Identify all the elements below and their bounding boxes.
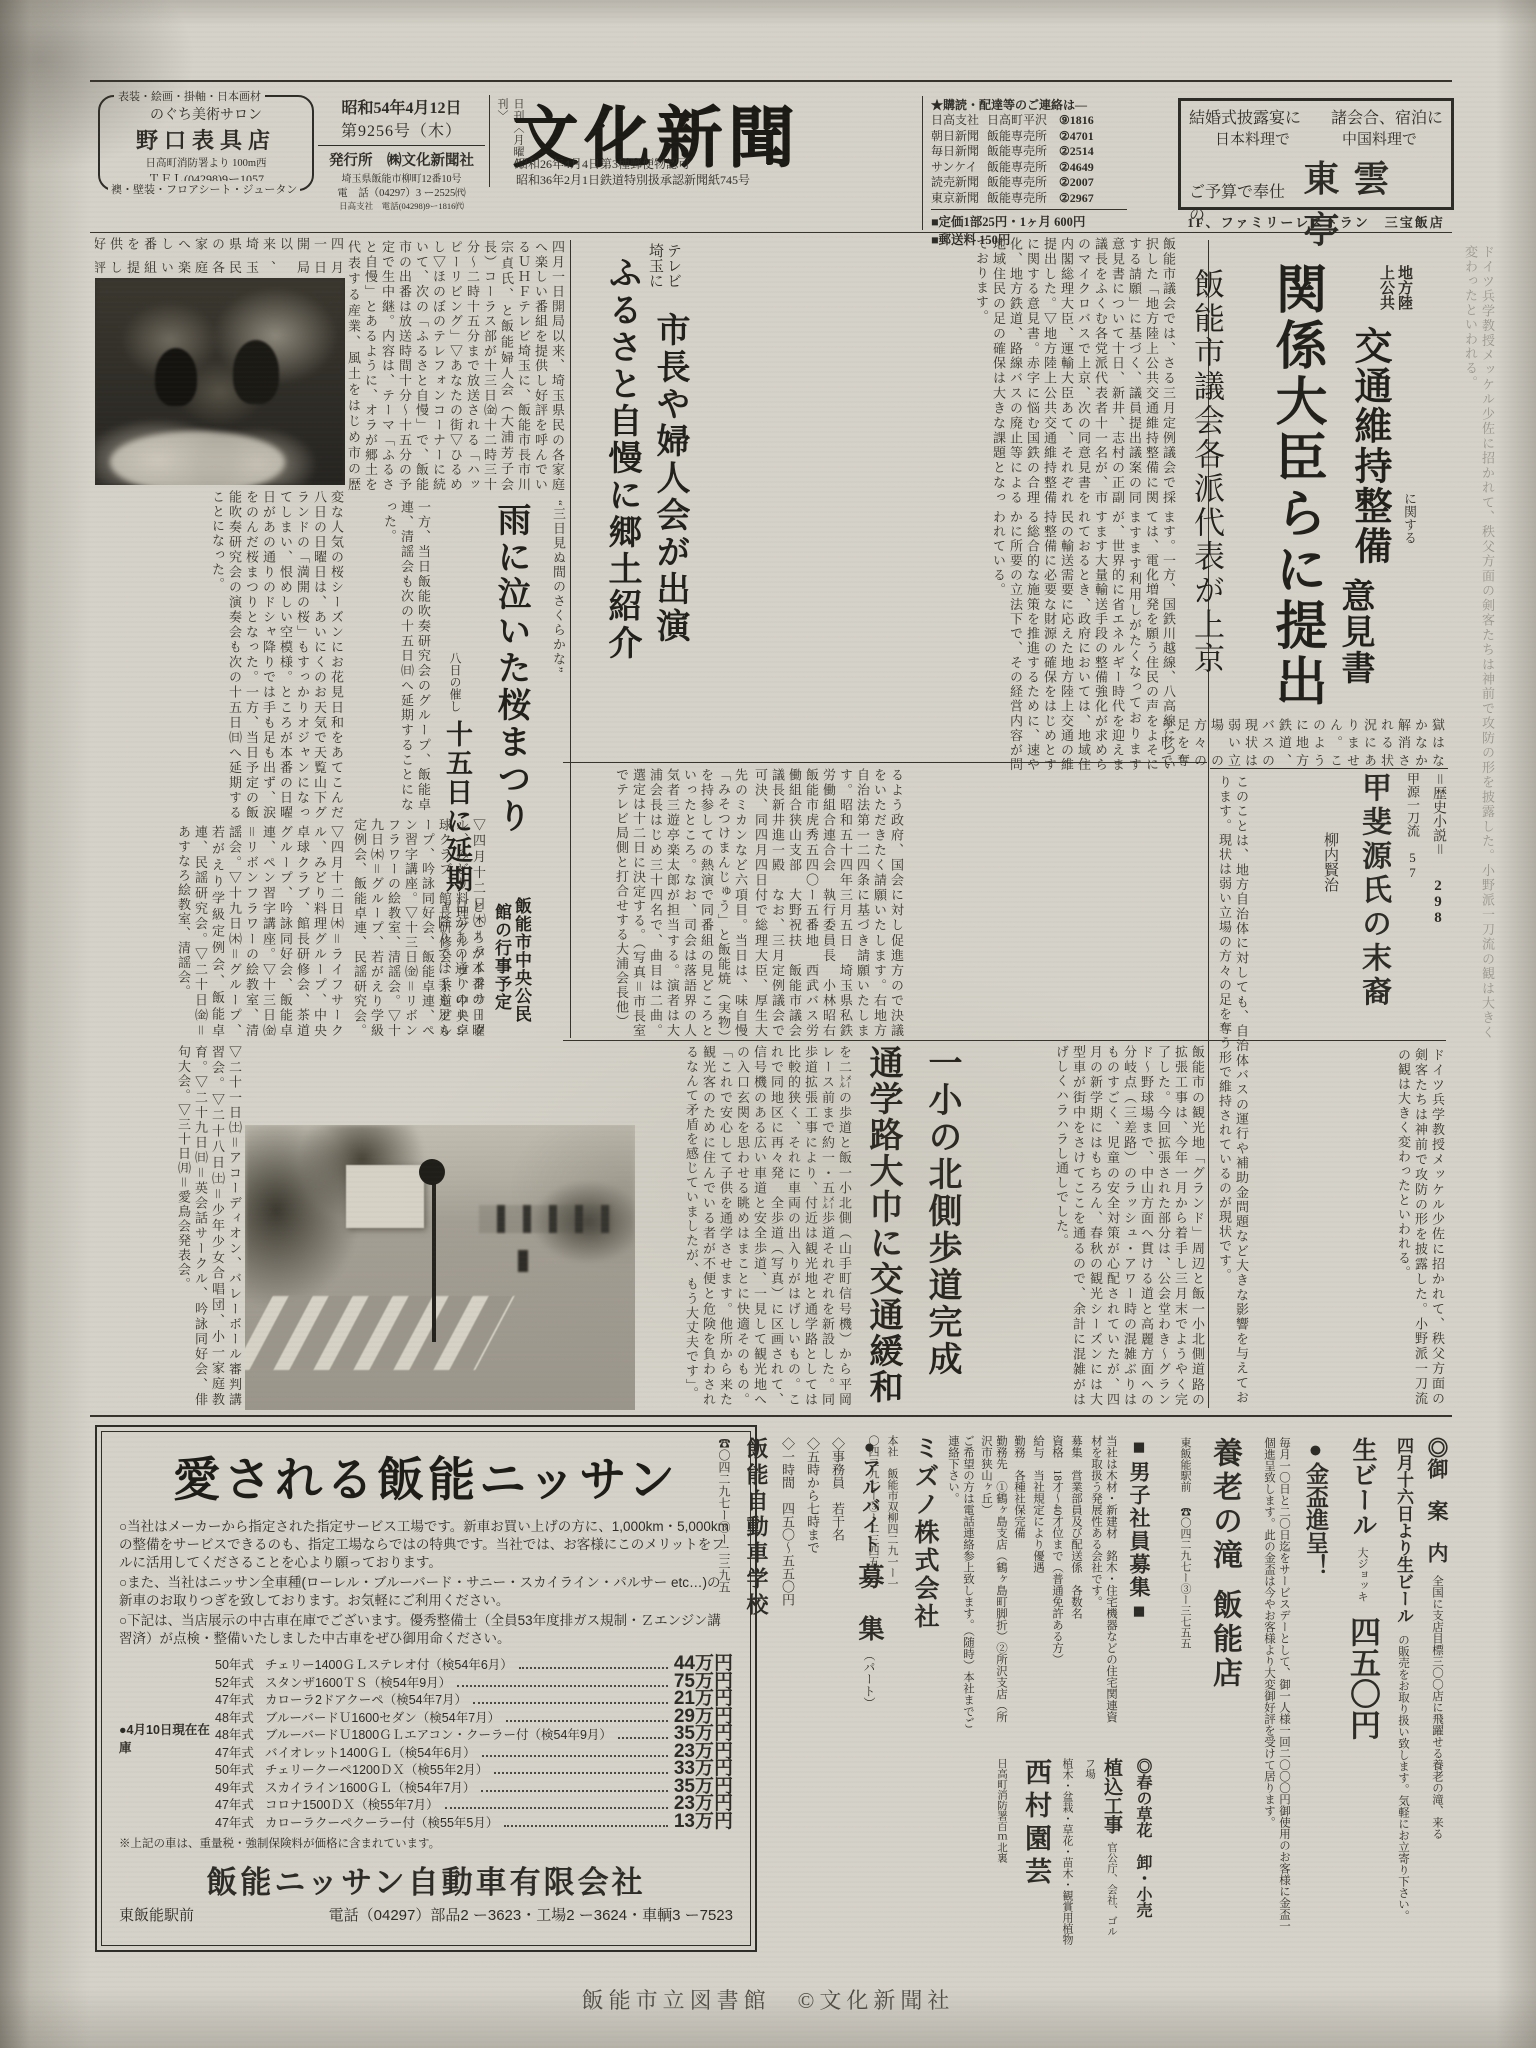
noguchi-ad: 表装・絵画・掛軸・日本画材 のぐち美術サロン 野口表具店 日高町消防署より 10…: [98, 95, 314, 191]
yoro-contact-col: 東飯能駅前 ☎〇四二九七ー③ー三七五五: [1172, 1437, 1194, 1940]
contact-cell: 東京新聞: [931, 191, 987, 207]
nissan-ad: 愛される飯能ニッサン ○当社はメーカーから指定された指定サービス工場です。新車お…: [95, 1425, 757, 1952]
nissan-row-year: 47年式: [215, 1692, 265, 1709]
masthead-left-rule: [489, 95, 490, 187]
mizuno-head: ■男子社員募集■: [1118, 1435, 1154, 1733]
contact-cell: 飯能専売所: [987, 144, 1059, 160]
iken-body-3: るよう政府、国会に対し促進方ので決議をいただきたく請願いたします。右地方自治法第…: [755, 768, 905, 1038]
sakura-kicker: 八日の催し: [447, 652, 464, 718]
iken-kicker-big1: 交通維持整備: [1342, 326, 1397, 576]
tounantei-line1a: 結婚式披露宴に: [1189, 105, 1301, 128]
nissan-row-model: バイオレット1400ＧＬ（検54年6月）: [265, 1745, 476, 1762]
photo-street-crosswalk: [245, 1296, 514, 1370]
publisher: 発行所 ㈱文化新聞社: [318, 149, 485, 170]
iken-kicker-big2: 意見書: [1330, 578, 1379, 696]
noguchi-name: 野口表具店: [100, 124, 312, 155]
nissan-row: 47年式カローラ2ドアクーペ（検54年7月）21万円: [215, 1691, 733, 1709]
mizuno-d6: ご希望の方は電話連絡参上致します。（随時）本社までご連絡下さい。: [942, 1435, 975, 1733]
nissan-row-model: カローラ2ドアクーペ（検54年7月）: [265, 1692, 467, 1709]
photo-figure-2: [233, 340, 279, 404]
nissan-row: 47年式バイオレット1400ＧＬ（検54年6月）23万円: [215, 1744, 733, 1762]
tounantei-line2a: 日本料理で: [1215, 128, 1290, 149]
contact-cell: 日高町平沢: [987, 113, 1059, 129]
tv-kicker-2: 埼玉に: [645, 243, 666, 303]
sakura-headline: 雨に泣いた桜まつり: [486, 502, 535, 880]
yoro-promo-big: 四月十六日より生ビール: [1394, 1437, 1413, 1624]
tounantei-name: 東雲亭: [1303, 151, 1443, 253]
nissan-stock: ●4月10日現在在庫 50年式チェリー1400ＧＬステレオ付（検54年6月）44…: [119, 1656, 733, 1831]
yoro-jug: 大ジョッキ: [1356, 1547, 1368, 1602]
sakura-body-a: 変な人気の桜シーズンにお花見日和をあてこんだ八日の日曜日は、あいにくのお天気で天…: [95, 490, 345, 820]
yoro-guide-head: ◎御 案 内: [1425, 1437, 1449, 1563]
nissan-row-model: スタンザ1600ＴＳ（検54年9月）: [265, 1675, 451, 1692]
nissan-row-model: カローラクーペクーラー付（検55年5月）: [265, 1815, 498, 1832]
contacts-table: 日高支社日高町平沢⑨1816 朝日新聞飯能専売所②4701 毎日新聞飯能専売所②…: [931, 113, 1127, 206]
nissan-row-model: ブルーバードＵ1600セダン（検54年7月）: [265, 1710, 500, 1727]
hodo-headline-2: 通学路大巾に交通緩和: [858, 1045, 907, 1410]
tounantei-line1b: 諸会合、宿泊に: [1331, 105, 1443, 128]
mizuno-d5: 勤務先 ①鶴ヶ島支店（鶴ヶ島町脚折）②所沢支店（所沢市狭山ヶ丘）: [975, 1435, 1008, 1733]
nissan-row-leader: [618, 1737, 668, 1739]
issue-block: 昭和54年4月12日 第9256号（木） 発行所 ㈱文化新聞社 埼玉県飯能市柳町…: [318, 95, 485, 190]
kominkan-body-2: ▽二十一日㈯＝アコーディオン、バレーボール審判講習会。▽二十八日㈯＝少年少女合唱…: [95, 1045, 243, 1407]
mizuno-d3: 給与 当社規定により優遇: [1027, 1435, 1046, 1733]
iken-headline: 関係大臣らに提出: [1258, 262, 1333, 722]
nissan-row: 52年式スタンザ1600ＴＳ（検54年9月）75万円: [215, 1674, 733, 1692]
iken-subhead: 飯能市議会各派代表が上京: [1184, 268, 1229, 708]
photo-mayor-meeting: [95, 278, 345, 485]
sakura-body-b: 一方、当日飯能吹奏研究会のグループ、飯能卓連、清謡会も次の十五日㈰へ延期すること…: [348, 500, 432, 812]
nishimura-name: 西村園芸: [1009, 1758, 1056, 1946]
tv-body-3: 先のミカンなど六項目。当日は、味自慢「みそつけまんじゅう」と飯能焼（実物）を持参…: [563, 768, 749, 1038]
nishimura-addr: 日高町消防署百ｍ北裏: [990, 1758, 1009, 1946]
novel-number: 298: [1430, 878, 1446, 926]
nissan-tel: 電話（04297）部品2 ー3623・工場2 ー3624・車輌3 ー7523: [329, 1904, 733, 1925]
nissan-p1: ○当社はメーカーから指定された指定サービス工場です。新車お買い上げの方に、1,0…: [119, 1518, 733, 1572]
nissan-note: ※上記の車は、重量税・強制保険料が価格に含まれています。: [119, 1835, 733, 1851]
novel-chapter-no: 57: [1405, 850, 1420, 880]
yoro-name-col: 養老の滝 飯能店: [1194, 1437, 1246, 1940]
sakura-lead: “三日見ぬ間のさくらかな”: [533, 500, 567, 878]
yoro-promo-col: 四月十六日より生ビール の販売をお取り扱い致します。気軽にお立寄り下さい。: [1385, 1437, 1416, 1940]
novel-box: ＝歴史小説＝ 298 甲源一刀流 57 甲斐源氏の末裔 柳内賢治: [1252, 772, 1448, 1040]
hodo-body-2: を二㍍の歩道と飯一小北側（山手町信号機）から平岡レース前まで約一・五㍍歩道それぞ…: [642, 1045, 853, 1407]
nissan-row: 47年式カローラクーペクーラー付（検55年5月）13万円: [215, 1814, 733, 1832]
nissan-contact: 東飯能駅前 電話（04297）部品2 ー3623・工場2 ー3624・車輌3 ー…: [119, 1904, 733, 1925]
nissan-row-year: 50年式: [215, 1762, 265, 1779]
tounantei-footer: 1F、ファミリーレストラン 三宝飯店: [1182, 212, 1450, 231]
nissan-title: 愛される飯能ニッサン: [119, 1443, 733, 1510]
novel-title: 甲斐源氏の末裔: [1341, 772, 1395, 1041]
newspaper-page: 表装・絵画・掛軸・日本画材 のぐち美術サロン 野口表具店 日高町消防署より 10…: [0, 0, 1536, 2048]
contacts-price: ■定価1部25円・1ヶ月 600円: [931, 212, 1127, 230]
yoro-name-1: 養老の滝: [1208, 1437, 1241, 1573]
yoro-kinpai-col: ●金盃進呈！: [1291, 1437, 1332, 1940]
yoro-guide-text: 全国に支店目標三〇〇店に飛躍せる養老の滝、来る: [1431, 1575, 1443, 1840]
contact-cell: 飯能専売所: [987, 175, 1059, 191]
mizuno-d2: 資格 18才〜40才位まで（普通免許ある方）: [1046, 1435, 1065, 1733]
nishimura-work: 植込工事: [1101, 1758, 1122, 1834]
novel-chapter: 甲源一刀流: [1405, 772, 1420, 837]
iken-body-2: ます。一方、国鉄川越線、八高線については、電化増発を願う住民の声をよそにますます…: [905, 510, 1177, 772]
nissan-row-model: ブルーバードＵ1800ＧＬエアコン・クーラー付（検54年9月）: [265, 1727, 612, 1744]
nissan-stock-label: ●4月10日現在在庫: [119, 1656, 215, 1831]
tv-headline-2: ふるさと自慢に郷土紹介: [597, 255, 646, 667]
contact-cell: 飯能専売所: [987, 129, 1059, 145]
novel-author: 柳内賢治: [1308, 772, 1341, 1040]
noguchi-tagline: 表装・絵画・掛軸・日本画材: [114, 88, 265, 104]
contact-cell: 日高支社: [931, 113, 987, 129]
nissan-row-model: チェリークーペ1200ＤＸ（検55年2月）: [265, 1762, 488, 1779]
hodo-headline-1: 一小の北側歩道完成: [917, 1045, 966, 1385]
contact-cell: ⑨1816: [1059, 113, 1111, 129]
yoro-kinpai: ●金盃進呈！: [1303, 1437, 1328, 1577]
photo-street-sign: [419, 1159, 445, 1185]
nissan-row-leader: [457, 1685, 668, 1687]
mizuno-name: ミズノ株式会社: [900, 1435, 942, 1733]
photo-street-building: [346, 1165, 424, 1228]
masthead-license2: 昭和36年2月1日鉄道特別扱承認新聞紙745号: [516, 172, 750, 188]
yoro-ad: ◎御 案 内 全国に支店目標三〇〇店に飛躍せる養老の滝、来る 四月十六日より生ビ…: [1166, 1425, 1458, 1952]
nissan-p2: ○また、当社はニッサン全車種(ローレル・ブルーバード・サニー・スカイライン・パル…: [119, 1574, 733, 1610]
nissan-row-year: 49年式: [215, 1780, 265, 1797]
noguchi-address: 日高町消防署より 100m西: [100, 155, 312, 170]
nissan-row-model: コロナ1500ＤＸ（検55年7月）: [265, 1797, 439, 1814]
hodo-body-1: 飯能市の観光地「グランド」周辺と飯一小北側道路の拡張工事は、今年一月から着手し三…: [978, 1045, 1206, 1407]
mizuno-d1: 募集 営業部員及び配送係 各数名: [1065, 1435, 1084, 1733]
footer-credit: 飯能市立図書館 ©文化新聞社: [0, 1984, 1536, 2015]
iken-kicker-s3: に関する: [1400, 492, 1419, 556]
school-item-2: ◇五時から七時まで: [797, 1437, 822, 1940]
novel-label-col: ＝歴史小説＝ 298: [1422, 772, 1448, 1040]
nissan-row: 48年式ブルーバードＵ1800ＧＬエアコン・クーラー付（検54年9月）35万円: [215, 1726, 733, 1744]
tounantei-ad: 結婚式披露宴に 諸会合、宿泊に 日本料理で 中国料理で ご予算で奉仕の 東雲亭: [1178, 98, 1454, 210]
contact-cell: サンケイ: [931, 160, 987, 176]
kominkan-body: ▽四月十二日㈭＝ライフサークル、みどり料理グループ、中央卓球クラブ、館長研修会、…: [95, 825, 345, 1038]
nissan-row-leader: [482, 1755, 668, 1757]
nissan-row-year: 48年式: [215, 1710, 265, 1727]
contact-cell: 飯能専売所: [987, 191, 1059, 207]
iken-kicker-s2: 上公共: [1376, 265, 1397, 321]
nissan-row: 50年式チェリー1400ＧＬステレオ付（検54年6月）44万円: [215, 1656, 733, 1674]
mizuno-intro: 当社は木材・新建材 銘木・住宅機器などの住宅関連資材を取扱う発展性ある会社です。: [1084, 1435, 1118, 1733]
photo-street-pedestrian: [518, 1250, 528, 1272]
yoro-promo-small: の販売をお取り扱い致します。気軽にお立寄り下さい。: [1397, 1634, 1409, 1922]
yoro-kinpai-text: 毎月一〇日と二〇日迄をサービスデーとして、御一人様一回二〇〇〇円御使用のお客様に…: [1246, 1437, 1291, 1940]
contacts-box: ★購読・配達等のご連絡は— 日高支社日高町平沢⑨1816 朝日新聞飯能専売所②4…: [922, 96, 1127, 230]
publisher-branch: 日高支社 電話(04298)9ー1816㈹: [318, 200, 485, 212]
tv-body-strip: 四月一日開局以来、埼玉県民の各家庭へ楽しい番組を提供し好評を呼んでいるＵＨＦテレ…: [95, 237, 345, 275]
nissan-row-year: 47年式: [215, 1815, 265, 1832]
photo-street: [245, 1125, 635, 1410]
nissan-row-year: 48年式: [215, 1727, 265, 1744]
noguchi-footer: 襖・壁装・フロアシート・ジュータン: [108, 181, 300, 197]
tounantei-line1: 結婚式披露宴に 諸会合、宿泊に: [1189, 105, 1443, 128]
nissan-row-leader: [481, 1790, 667, 1792]
novel-chapter-col: 甲源一刀流 57: [1395, 772, 1422, 1040]
novel-label: ＝歴史小説＝: [1431, 772, 1446, 856]
iken-kicker-s1: 地方陸: [1394, 265, 1415, 321]
mizuno-d4: 勤務 各種社保完備: [1008, 1435, 1027, 1733]
iken-tail: このことは、地方自治体に対しても、自治体バスの運行や補助金問題など大きな影響を与…: [1210, 775, 1250, 1405]
school-item-3: ◇一時間 四五〇〜五五〇円: [772, 1437, 797, 1940]
nissan-p3: ○下記は、当店展示の中古車在庫でございます。優秀整備士（全員53年度排ガス規制・…: [119, 1612, 733, 1648]
ads-top-rule: [90, 1415, 1452, 1417]
tv-headline: 市長や婦人会が出演: [645, 312, 694, 652]
nissan-company: 飯能ニッサン自動車有限会社: [119, 1857, 733, 1902]
issue-divider: [318, 145, 485, 146]
contact-cell: 読売新聞: [931, 175, 987, 191]
iken-body-1: 飯能市議会では、さる三月定例議会で採択した「地方陸上公共交通維持整備に関する請願…: [905, 237, 1177, 505]
noguchi-salon: のぐち美術サロン: [100, 104, 312, 124]
photo-street-pole: [432, 1176, 436, 1341]
contact-cell: ②2514: [1059, 144, 1111, 160]
novel-body: ドイツ兵学教授メッケル少佐に招かれて、秩父方面の剣客たちは神前で攻防の形を披露し…: [1252, 1048, 1446, 1406]
novel-top-rule: [1210, 768, 1448, 769]
kominkan-headline-2: 館の行事予定: [489, 903, 514, 1021]
tv-body-main: 四月一日開局以来、埼玉県民の各家庭へ楽しい番組を提供し好評を呼んでいるＵＨＦテレ…: [348, 240, 566, 492]
contact-cell: ②2967: [1059, 191, 1111, 207]
tv-kicker-1: テレビ: [663, 243, 684, 303]
nissan-row: 48年式ブルーバードＵ1600セダン（検54年7月）29万円: [215, 1709, 733, 1727]
nissan-row-leader: [445, 1807, 668, 1809]
nishimura-items: 植木・盆栽・草花・苗木・観賞用植物: [1056, 1758, 1074, 1946]
nissan-row: 49年式スカイライン1600ＧＬ（検54年7月）35万円: [215, 1779, 733, 1797]
issue-number: 第9256号（木）: [318, 118, 485, 141]
nissan-address: 東飯能駅前: [119, 1904, 194, 1925]
tounantei-line2: 日本料理で 中国料理で: [1189, 128, 1443, 149]
mizuno-ad: ■男子社員募集■ 当社は木材・新建材 銘木・住宅機器などの住宅関連資材を取扱う発…: [898, 1425, 1160, 1743]
iken-tail-strip: 獄はなかなか解消される状況にありません。このように地方鉄道、バスの現状は弱い立場…: [1162, 718, 1446, 768]
publisher-address: 埼玉県飯能市柳町12番10号: [318, 170, 485, 185]
row-rule-2: [563, 1040, 1446, 1041]
yoro-guide-col: ◎御 案 内 全国に支店目標三〇〇店に飛躍せる養老の滝、来る: [1416, 1437, 1452, 1940]
nishimura-work-col: 植込工事 官公庁、会社、ゴルフ場: [1074, 1758, 1125, 1946]
nissan-price-list: 50年式チェリー1400ＧＬステレオ付（検54年6月）44万円 52年式スタンザ…: [215, 1656, 733, 1831]
nissan-row-leader: [506, 1720, 668, 1722]
nissan-row-leader: [519, 1667, 668, 1669]
contacts-divider: [931, 209, 1127, 210]
yoro-beer-price: 四五〇円: [1345, 1616, 1380, 1740]
nissan-row-model: チェリー1400ＧＬステレオ付（検54年6月）: [265, 1657, 513, 1674]
yoro-name-2: 飯能店: [1208, 1589, 1241, 1691]
nissan-row-year: 50年式: [215, 1657, 265, 1674]
school-tel: ☎〇四二九七ー③ー二三九五: [710, 1437, 733, 1940]
publisher-tel: 電 話（04297）3 ー2525㈹: [318, 185, 485, 200]
contact-cell: 朝日新聞: [931, 129, 987, 145]
tounantei-line2b: 中国料理で: [1342, 128, 1417, 149]
tounantei-line3: ご予算で奉仕の 東雲亭: [1189, 151, 1443, 253]
contact-cell: 飯能専売所: [987, 160, 1059, 176]
mizuno-tel: 〇四二九七ー③ー二三四五: [862, 1435, 881, 1733]
school-name: 飯能自動車学校: [733, 1437, 772, 1940]
mizuno-addr: 本社 飯能市双柳四二九一ー一: [881, 1435, 900, 1733]
yoro-beer-col: 生ビール 大ジョッキ 四五〇円: [1332, 1437, 1385, 1940]
nissan-row-year: 47年式: [215, 1745, 265, 1762]
nishimura-ad: ◎春の草花 卸・小売 植込工事 官公庁、会社、ゴルフ場 植木・盆栽・草花・苗木・…: [898, 1752, 1160, 1952]
nishimura-head: ◎春の草花 卸・小売: [1125, 1758, 1154, 1946]
nissan-row: 50年式チェリークーペ1200ＤＸ（検55年2月）33万円: [215, 1761, 733, 1779]
contacts-heading: ★購読・配達等のご連絡は—: [931, 96, 1127, 113]
nissan-row-leader: [494, 1772, 668, 1774]
top-rule: [90, 80, 1452, 82]
nissan-row-leader: [473, 1702, 668, 1704]
photo-street-cars: [479, 1205, 612, 1234]
yoro-tel: ☎〇四二九七ー③ー三七五五: [1179, 1506, 1191, 1649]
page-edge-text: ドイツ兵学教授メッケル少佐に招かれて、秩父方面の剣客たちは神前で攻防の形を披露し…: [1462, 245, 1496, 1040]
contact-cell: ②4649: [1059, 160, 1111, 176]
contact-cell: 毎日新聞: [931, 144, 987, 160]
school-item-1: ◇事務員 若干名: [822, 1437, 847, 1940]
contact-cell: ②2007: [1059, 175, 1111, 191]
nissan-row-leader: [504, 1825, 668, 1827]
photo-table: [110, 431, 285, 485]
yoro-addr: 東飯能駅前: [1179, 1437, 1191, 1492]
nissan-row-year: 47年式: [215, 1797, 265, 1814]
kominkan-body-r: ▽四月十二日㈭＝ライフサークル、みどり料理グループ、中央卓球クラブ、館長研修会、…: [350, 818, 487, 1038]
photo-figure-1: [155, 348, 197, 406]
yoro-beer: 生ビール: [1349, 1437, 1376, 1537]
masthead-license1: 昭和26年4月4日第3種郵便物認可: [516, 156, 690, 172]
nissan-row-model: スカイライン1600ＧＬ（検54年7月）: [265, 1780, 475, 1797]
nissan-row: 47年式コロナ1500ＤＸ（検55年7月）23万円: [215, 1796, 733, 1814]
nissan-row-year: 52年式: [215, 1675, 265, 1692]
issue-date: 昭和54年4月12日: [318, 95, 485, 118]
contact-cell: ②4701: [1059, 129, 1111, 145]
